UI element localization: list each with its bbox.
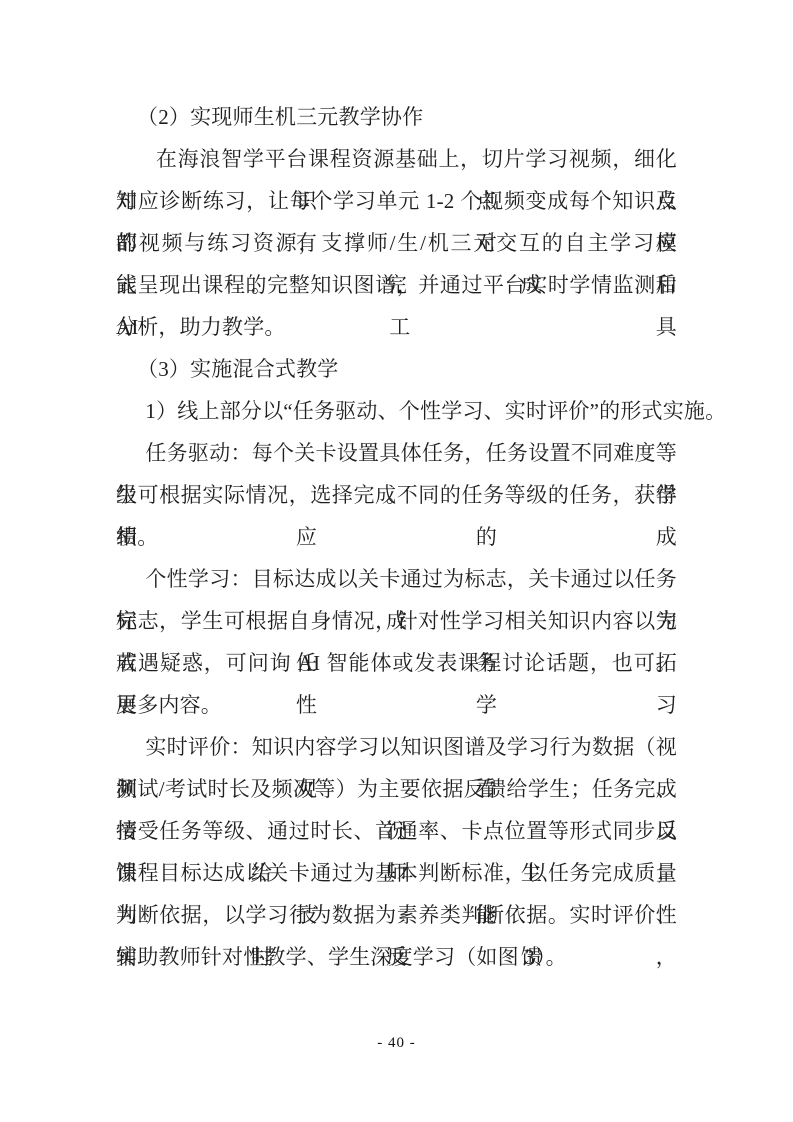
- para-realtime-evaluation-line-2: 测试/考试时长及频次等）为主要依据反馈给学生；任务完成情况以: [116, 768, 677, 810]
- para-task-driven-line-2: 生可根据实际情况，选择完成不同的任务等级的任务，获得相应的成: [116, 474, 677, 516]
- para-personalized-learning-line-3: 若遇疑惑，可问询 AI 智能体或发表课程讨论话题，也可拓展性学习: [116, 642, 677, 684]
- heading-item-2-line-1: （2）实现师生机三元教学协作: [116, 96, 677, 138]
- para-personalized-learning-line-1: 个性学习：目标达成以关卡通过为标志，关卡通过以任务完成为: [116, 558, 677, 600]
- para-online-part-line-1: 1）线上部分以“任务驱动、个性学习、实时评价”的形式实施。: [116, 390, 677, 432]
- para-platform-resources-line-3: 的视频与练习资源，支撑师/生/机三元交互的自主学习模式。完成后: [116, 222, 677, 264]
- document-body: （2）实现师生机三元教学协作在海浪智学平台课程资源基础上，切片学习视频，细化知识…: [116, 96, 677, 978]
- para-realtime-evaluation-line-4: 课程目标达成以关卡通过为基本判断标准，以任务完成质量为技能性: [116, 852, 677, 894]
- para-realtime-evaluation-line-1: 实时评价：知识内容学习以知识图谱及学习行为数据（视频观看、: [116, 726, 677, 768]
- heading-item-3-line-1: （3）实施混合式教学: [116, 348, 677, 390]
- para-task-driven-line-1: 任务驱动：每个关卡设置具体任务，任务设置不同难度等级。学: [116, 432, 677, 474]
- document-page: （2）实现师生机三元教学协作在海浪智学平台课程资源基础上，切片学习视频，细化知识…: [0, 0, 793, 1122]
- para-realtime-evaluation-line-5: 判断依据，以学习行为数据为素养类判断依据。实时评价、实时反馈，: [116, 894, 677, 936]
- para-realtime-evaluation-line-3: 接受任务等级、通过时长、首通率、卡点位置等形式同步反馈给师生；: [116, 810, 677, 852]
- para-platform-resources-line-4: 能呈现出课程的完整知识图谱，并通过平台实时学情监测和 AI 工具: [116, 264, 677, 306]
- page-number: - 40 -: [0, 1033, 793, 1053]
- para-platform-resources-line-2: 对应诊断练习，让每个学习单元 1-2 个视频变成每个知识点都有对应: [116, 180, 677, 222]
- para-personalized-learning-line-2: 标志，学生可根据自身情况，针对性学习相关知识内容以完成任务。: [116, 600, 677, 642]
- para-platform-resources-line-1: 在海浪智学平台课程资源基础上，切片学习视频，细化知识点及: [116, 138, 677, 180]
